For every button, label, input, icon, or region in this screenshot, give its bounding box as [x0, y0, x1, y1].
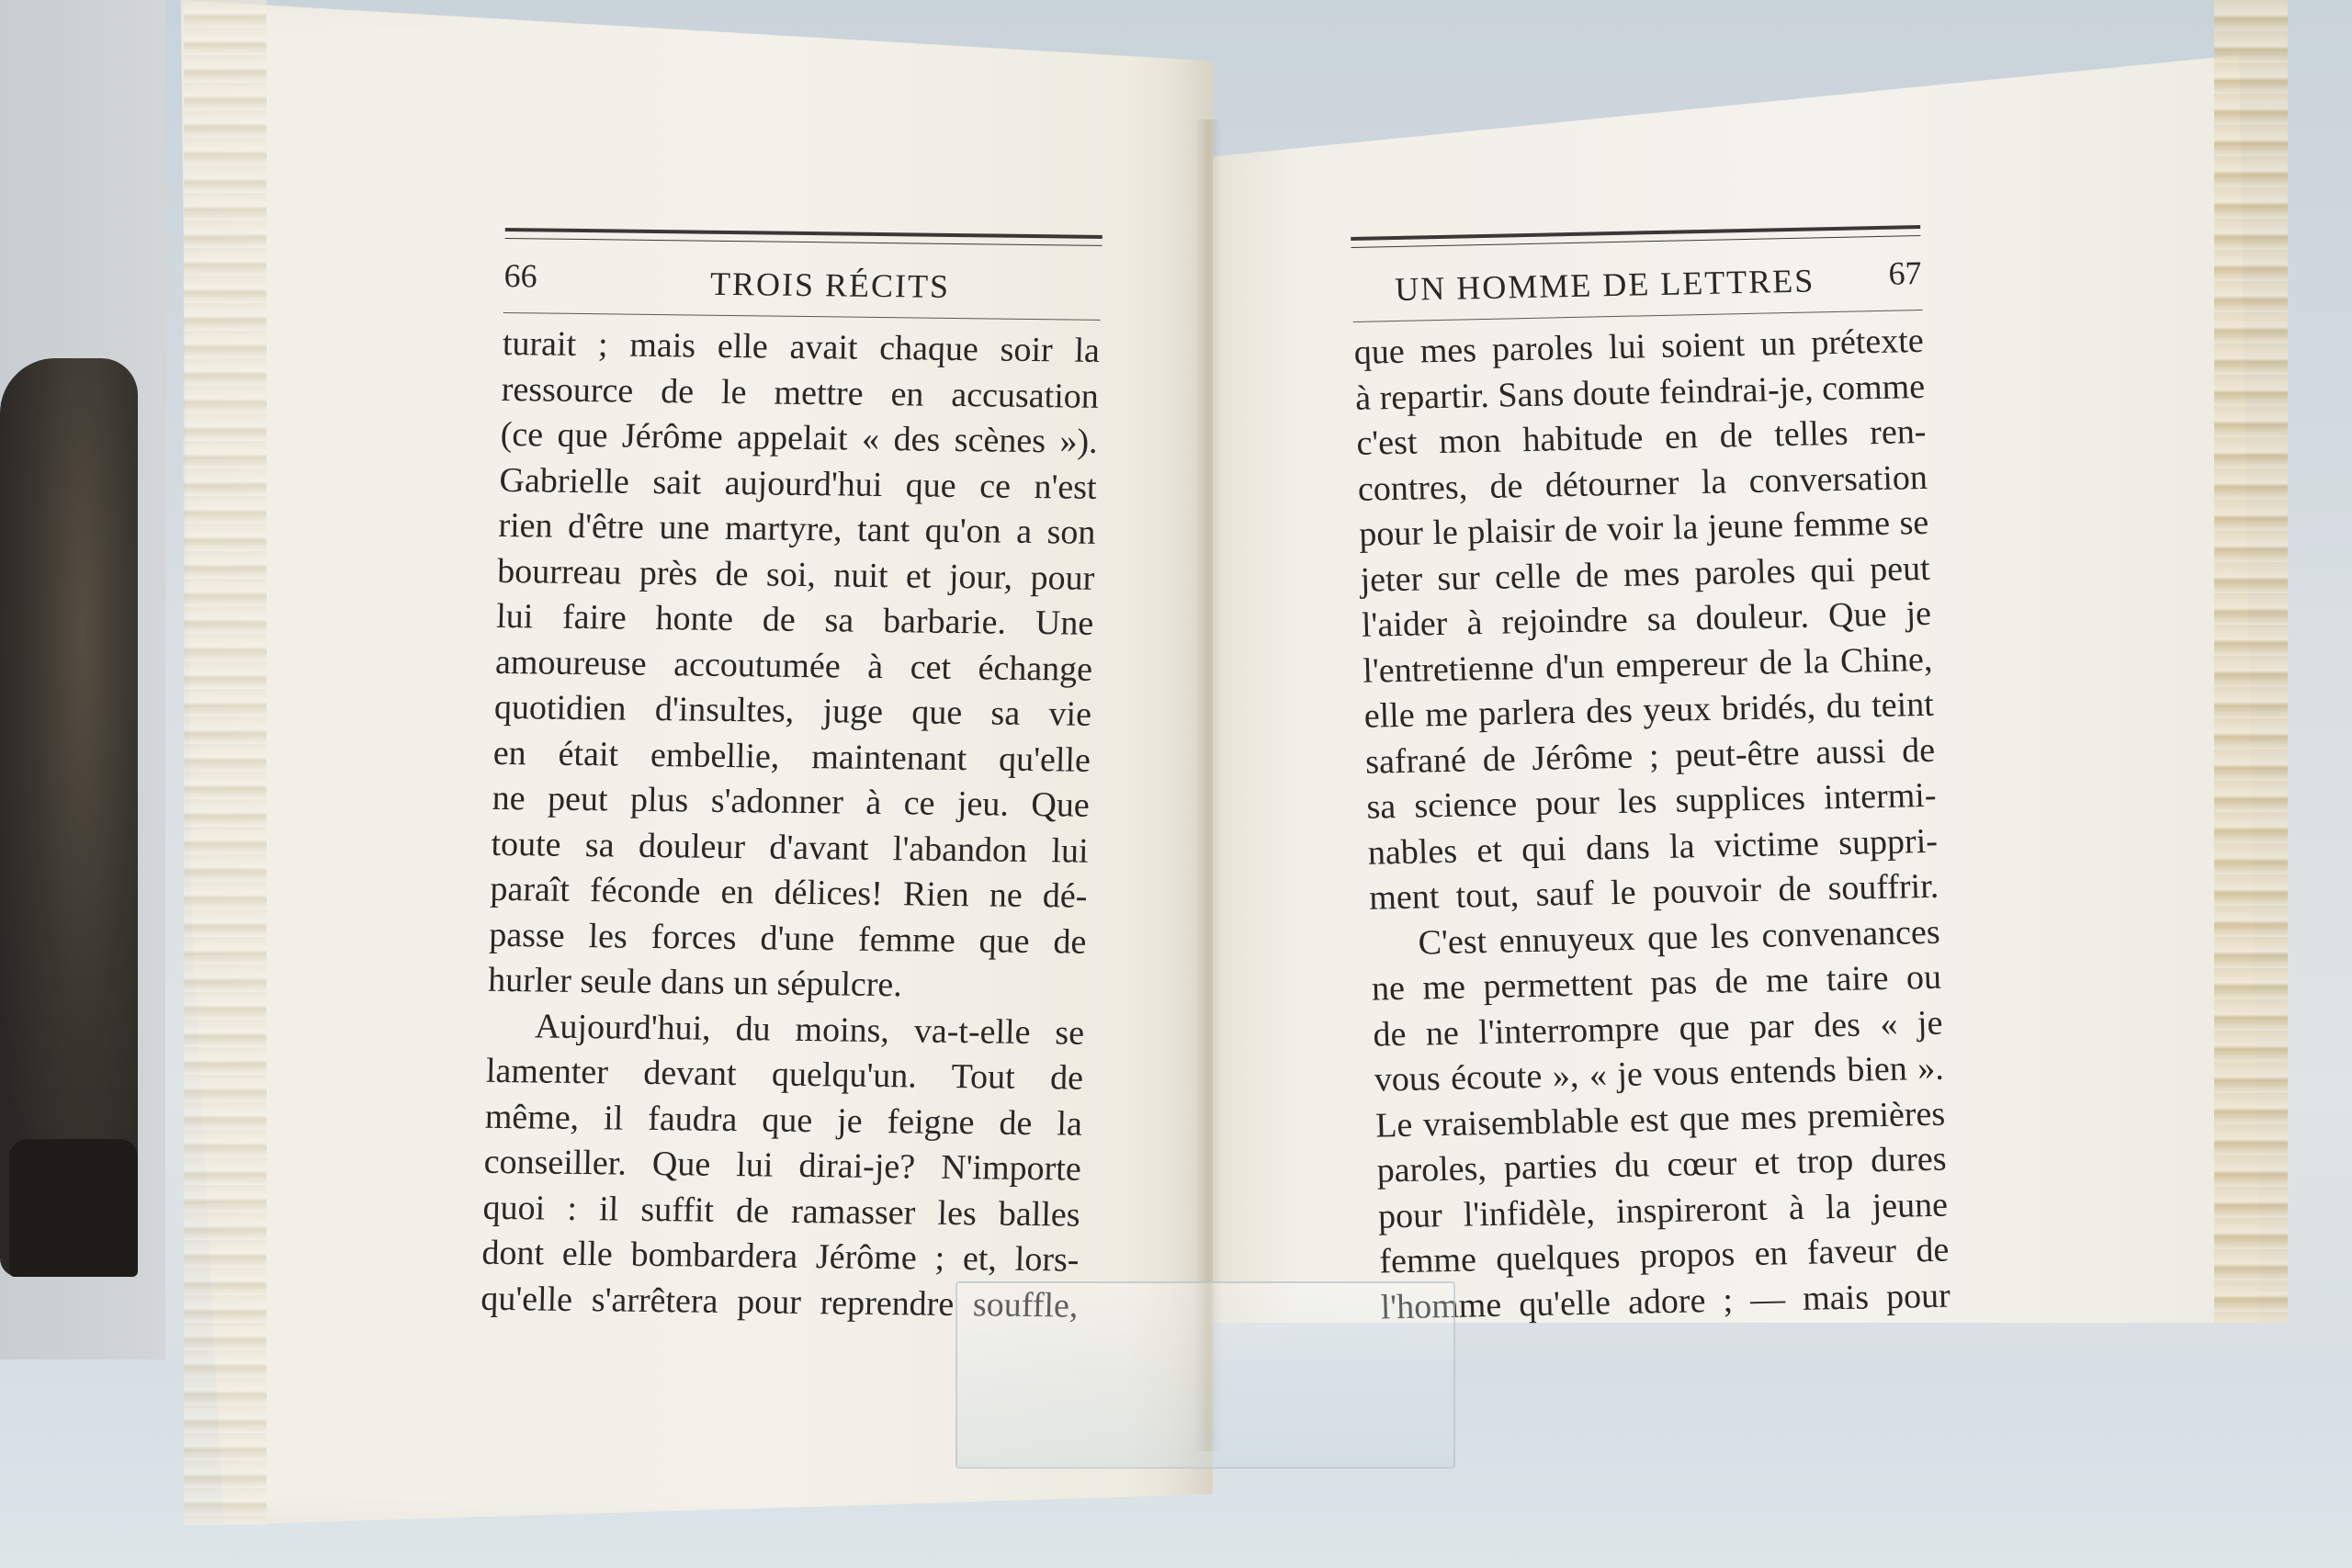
running-head-title-right: UN HOMME DE LETTRES: [1351, 256, 1922, 313]
text-line: quoi : il suffit de ramasser les balles: [482, 1185, 1080, 1237]
page-number-right: 67: [1888, 251, 1922, 297]
left-page-text: 66 TROIS RÉCITS turait ; mais elle avait…: [481, 220, 1102, 1329]
text-line: Aujourd'hui, du moins, va-t-elle se: [487, 1003, 1085, 1055]
text-line: (ce que Jérôme appelait « des scènes »).: [500, 412, 1098, 465]
left-deckle-edge: [184, 0, 266, 1525]
right-deckle-edge: [2214, 0, 2288, 1323]
bronze-statue-base: [9, 1139, 138, 1277]
header-double-rule: [505, 228, 1102, 246]
text-line: quotidien d'insultes, juge que sa vie: [493, 685, 1091, 738]
running-head-title-left: TROIS RÉCITS: [503, 259, 1102, 311]
text-line: ressource de le mettre en accusation: [501, 367, 1099, 419]
text-line: lamenter devant quelqu'un. Tout de: [485, 1049, 1083, 1101]
right-page-text: UN HOMME DE LETTRES 67 que mes paroles l…: [1351, 218, 1951, 1331]
text-line: amoureuse accoutumée à cet échange: [495, 639, 1093, 692]
book-gutter: [1194, 119, 1222, 1451]
text-line: Gabrielle sait aujourd'hui que ce n'est: [499, 457, 1097, 510]
text-line: turait ; mais elle avait chaque soir la: [502, 321, 1100, 374]
acrylic-book-stand: [955, 1281, 1455, 1469]
text-line: bourreau près de soi, nuit et jour, pour: [497, 548, 1095, 601]
text-line: conseiller. Que lui dirai-je? N'importe: [483, 1140, 1081, 1192]
text-line: paraît féconde en délices! Rien ne dé-: [490, 867, 1088, 919]
text-line: ne peut plus s'adonner à ce jeu. Que: [492, 776, 1090, 829]
left-running-head: 66 TROIS RÉCITS: [503, 220, 1102, 329]
text-line: hurler seule dans un sépulcre.: [488, 958, 1086, 1010]
header-single-rule: [503, 312, 1101, 321]
text-line: lui faire honte de sa barbarie. Une: [496, 594, 1094, 647]
text-line: toute sa douleur d'avant l'abandon lui: [491, 821, 1089, 874]
text-line: dont elle bombardera Jérôme ; et, lors-: [481, 1231, 1080, 1283]
text-line: rien d'être une martyre, tant qu'on a so…: [498, 503, 1096, 556]
text-line: en était embellie, maintenant qu'elle: [492, 730, 1091, 783]
text-line: même, il faudra que je feigne de la: [484, 1094, 1082, 1146]
header-double-rule: [1351, 225, 1920, 248]
text-line: passe les forces d'une femme que de: [489, 912, 1087, 964]
right-running-head: UN HOMME DE LETTRES 67: [1351, 218, 1923, 331]
